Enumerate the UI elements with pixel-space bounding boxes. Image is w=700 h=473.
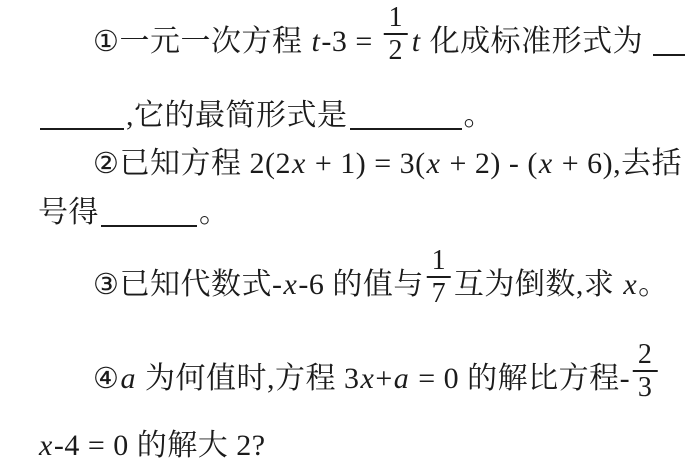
problem-4-line2-text: -4 = 0 的解大 2? <box>54 429 266 462</box>
problem-3-period: 。 <box>638 268 669 301</box>
problem-4-seg1: 为何值时,方程 3 <box>137 362 360 395</box>
fraction-numerator: 1 <box>384 4 409 35</box>
problem-4-seg3: = 0 的解比方程- <box>410 362 630 395</box>
problem-1-period: 。 <box>464 99 495 132</box>
problem-3-seg2: -6 的值与 <box>298 268 424 301</box>
problem-1-line-2: ,它的最简形式是。 <box>38 98 494 134</box>
fraction-denominator: 3 <box>633 372 658 401</box>
answer-blank <box>101 225 197 227</box>
problem-1-tail: 化成标准形式为 <box>422 25 644 58</box>
variable-x: x <box>360 362 376 395</box>
variable-a: a <box>120 362 138 395</box>
problem-1-marker: ① <box>93 24 120 58</box>
problem-2-line-2: 号得。 <box>38 195 230 231</box>
fraction-numerator: 1 <box>427 247 452 278</box>
answer-blank <box>653 54 685 56</box>
problem-2-line-1: ②已知方程 2(2x + 1) = 3(x + 2) - (x + 6),去括 <box>93 145 682 182</box>
problem-4-line-1: ④a 为何值时,方程 3x+a = 0 的解比方程-23 <box>93 360 660 397</box>
fraction-numerator: 2 <box>633 341 658 372</box>
problem-4-seg2: + <box>375 362 392 395</box>
variable-x: x <box>38 429 54 462</box>
variable-x: x <box>622 268 638 301</box>
variable-x: x <box>283 268 299 301</box>
fraction-two-thirds: 23 <box>632 378 658 388</box>
variable-x: x <box>291 147 307 180</box>
problem-2-marker: ② <box>93 146 120 180</box>
fraction-denominator: 2 <box>384 35 409 64</box>
fraction-one-half: 12 <box>383 41 409 51</box>
problem-3-seg3: 互为倒数,求 <box>454 268 623 301</box>
problem-2-line2-prefix: 号得 <box>38 196 99 229</box>
problem-3-seg1: 已知代数式- <box>120 268 283 301</box>
variable-t: t <box>411 25 422 58</box>
problem-4-line-2: x-4 = 0 的解大 2? <box>38 428 266 464</box>
variable-t: t <box>311 25 322 58</box>
problem-2-period: 。 <box>199 196 230 229</box>
problem-3-line-1: ③已知代数式-x-6 的值与17互为倒数,求 x。 <box>93 266 669 303</box>
problem-4-marker: ④ <box>93 361 120 395</box>
answer-blank <box>40 128 124 130</box>
problem-2-seg4: + 6),去括 <box>554 147 682 180</box>
problem-1-intro: 一元一次方程 <box>120 25 311 58</box>
worksheet-page: ①一元一次方程 t-3 = 12t 化成标准形式为 ,它的最简形式是。 ②已知方… <box>0 0 700 473</box>
problem-1-line-1: ①一元一次方程 t-3 = 12t 化成标准形式为 <box>93 23 687 60</box>
variable-a: a <box>393 362 411 395</box>
fraction-denominator: 7 <box>427 278 452 307</box>
answer-blank <box>350 128 462 130</box>
problem-1-equation-mid: -3 = <box>321 25 380 58</box>
problem-2-seg2: + 1) = 3( <box>307 147 426 180</box>
problem-1-line2-text: ,它的最简形式是 <box>126 99 348 132</box>
variable-x: x <box>538 147 554 180</box>
problem-2-seg3: + 2) - ( <box>441 147 537 180</box>
problem-3-marker: ③ <box>93 267 120 301</box>
fraction-one-seventh: 17 <box>426 284 452 294</box>
variable-x: x <box>426 147 442 180</box>
problem-2-seg1: 已知方程 2(2 <box>120 147 292 180</box>
